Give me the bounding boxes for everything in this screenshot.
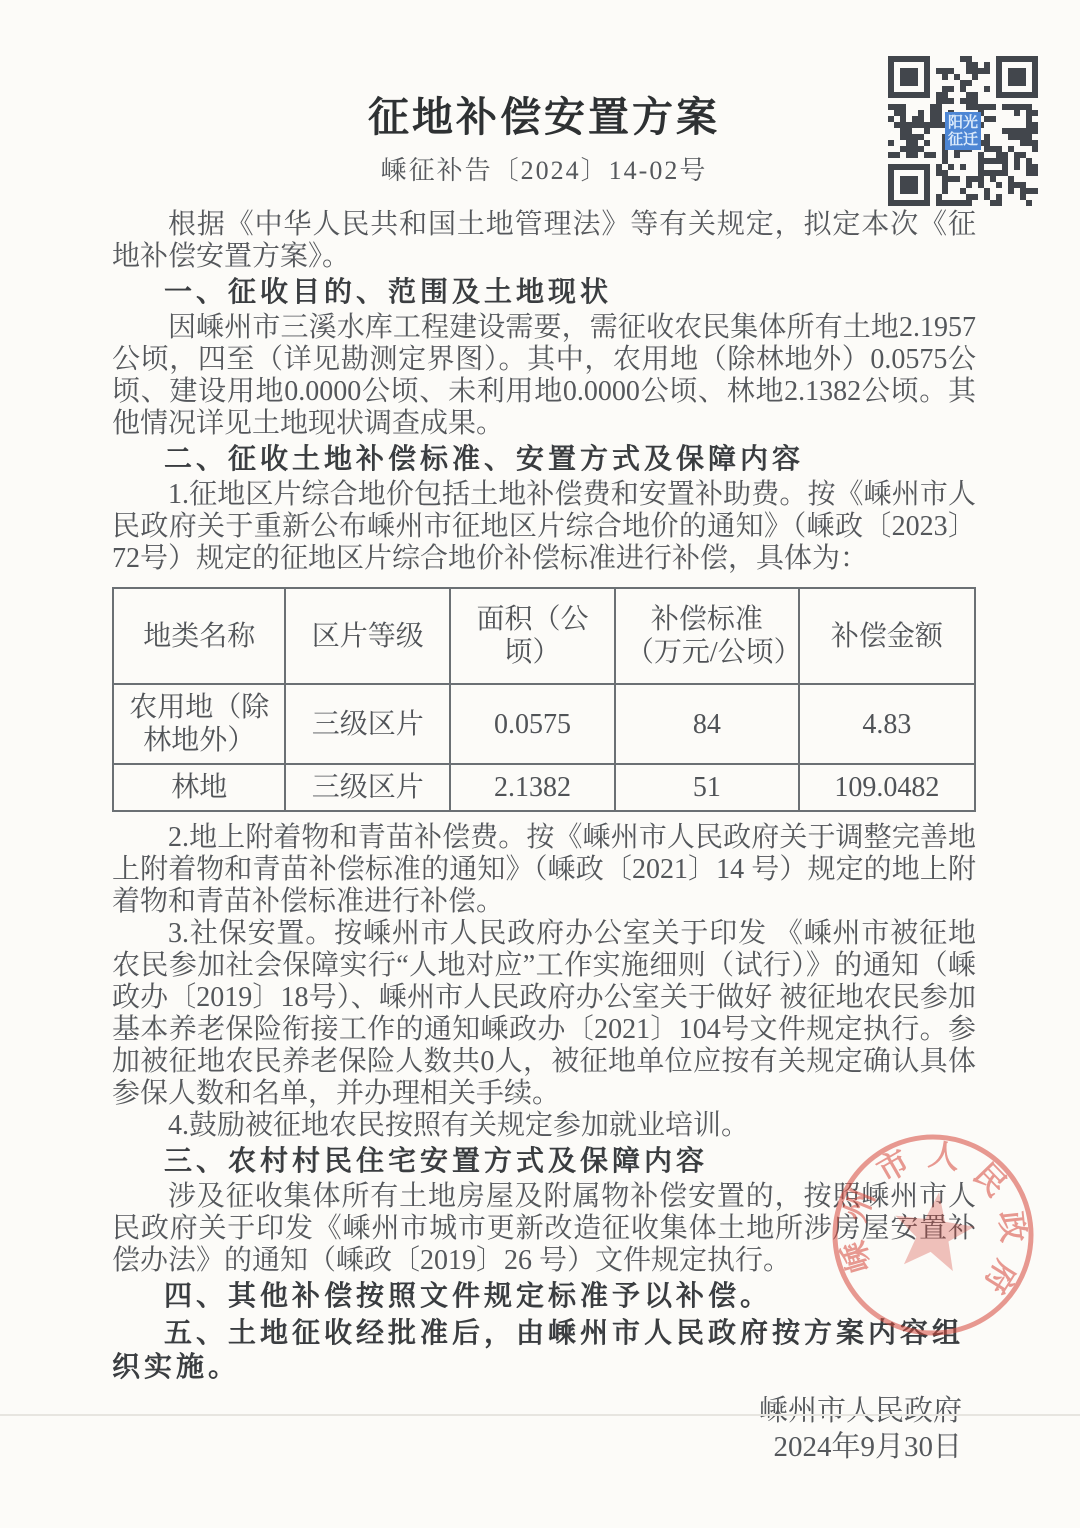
doc-number: 嵊征补告〔2024〕14-02号 bbox=[112, 155, 976, 187]
cell-area: 0.0575 bbox=[450, 684, 615, 764]
section-heading-3: 三、农村村民住宅安置方式及保障内容 bbox=[112, 1145, 976, 1179]
table-row: 林地 三级区片 2.1382 51 109.0482 bbox=[113, 764, 975, 811]
scan-fold-line bbox=[0, 1414, 1080, 1416]
table-header-standard: 补偿标准（万元/公顷） bbox=[615, 588, 799, 684]
table-header-amount: 补偿金额 bbox=[799, 588, 975, 684]
cell-amount: 109.0482 bbox=[799, 764, 975, 811]
cell-area: 2.1382 bbox=[450, 764, 615, 811]
paragraph-3-1: 涉及征收集体所有土地房屋及附属物补偿安置的，按照嵊州市人民政府关于印发《嵊州市城… bbox=[112, 1181, 976, 1277]
table-header-area: 面积（公顷） bbox=[450, 588, 615, 684]
qr-code: 阳光 征迁 bbox=[888, 56, 1038, 206]
paragraph-intro: 根据《中华人民共和国土地管理法》等有关规定，拟定本次《征地补偿安置方案》。 bbox=[112, 209, 976, 273]
qr-finder-icon bbox=[888, 56, 930, 98]
table-header-land-type: 地类名称 bbox=[113, 588, 285, 684]
cell-land-type: 林地 bbox=[113, 764, 285, 811]
document-page: 阳光 征迁 征地补偿安置方案 嵊征补告〔2024〕14-02号 根据《中华人民共… bbox=[0, 0, 1080, 1528]
signature-org: 嵊州市人民政府 bbox=[112, 1393, 962, 1429]
table-header-row: 地类名称 区片等级 面积（公顷） 补偿标准（万元/公顷） 补偿金额 bbox=[113, 588, 975, 684]
qr-finder-icon bbox=[888, 164, 930, 206]
svg-text:府: 府 bbox=[977, 1255, 1023, 1300]
qr-label-line2: 征迁 bbox=[948, 131, 978, 148]
paragraph-2-4: 4.鼓励被征地农民按照有关规定参加就业培训。 bbox=[112, 1110, 976, 1142]
section-heading-1: 一、征收目的、范围及土地现状 bbox=[112, 276, 976, 310]
section-heading-4: 四、其他补偿按照文件规定标准予以补偿。 bbox=[112, 1280, 976, 1314]
cell-amount: 4.83 bbox=[799, 684, 975, 764]
compensation-table: 地类名称 区片等级 面积（公顷） 补偿标准（万元/公顷） 补偿金额 农用地（除林… bbox=[112, 587, 976, 812]
svg-text:政: 政 bbox=[993, 1209, 1031, 1243]
doc-title: 征地补偿安置方案 bbox=[112, 92, 976, 142]
cell-zone-level: 三级区片 bbox=[285, 764, 450, 811]
qr-label-line1: 阳光 bbox=[948, 114, 978, 131]
paragraph-1: 因嵊州市三溪水库工程建设需要，需征收农民集体所有土地2.1957公顷，四至（详见… bbox=[112, 312, 976, 440]
cell-zone-level: 三级区片 bbox=[285, 684, 450, 764]
paragraph-2-1: 1.征地区片综合地价包括土地补偿费和安置补助费。按《嵊州市人民政府关于重新公布嵊… bbox=[112, 479, 976, 575]
cell-standard: 51 bbox=[615, 764, 799, 811]
paragraph-2-2: 2.地上附着物和青苗补偿费。按《嵊州市人民政府关于调整完善地上附着物和青苗补偿标… bbox=[112, 822, 976, 918]
qr-finder-icon bbox=[996, 56, 1038, 98]
qr-center-label: 阳光 征迁 bbox=[945, 112, 981, 150]
section-heading-2: 二、征收土地补偿标准、安置方式及保障内容 bbox=[112, 443, 976, 477]
signature-block: 嵊州市人民政府 2024年9月30日 bbox=[112, 1393, 976, 1465]
paragraph-2-3: 3.社保安置。按嵊州市人民政府办公室关于印发 《嵊州市被征地农民参加社会保障实行… bbox=[112, 918, 976, 1110]
cell-land-type: 农用地（除林地外） bbox=[113, 684, 285, 764]
table-header-zone-level: 区片等级 bbox=[285, 588, 450, 684]
table-row: 农用地（除林地外） 三级区片 0.0575 84 4.83 bbox=[113, 684, 975, 764]
signature-date: 2024年9月30日 bbox=[112, 1429, 962, 1465]
cell-standard: 84 bbox=[615, 684, 799, 764]
section-heading-5: 五、土地征收经批准后，由嵊州市人民政府按方案内容组织实施。 bbox=[112, 1317, 976, 1385]
